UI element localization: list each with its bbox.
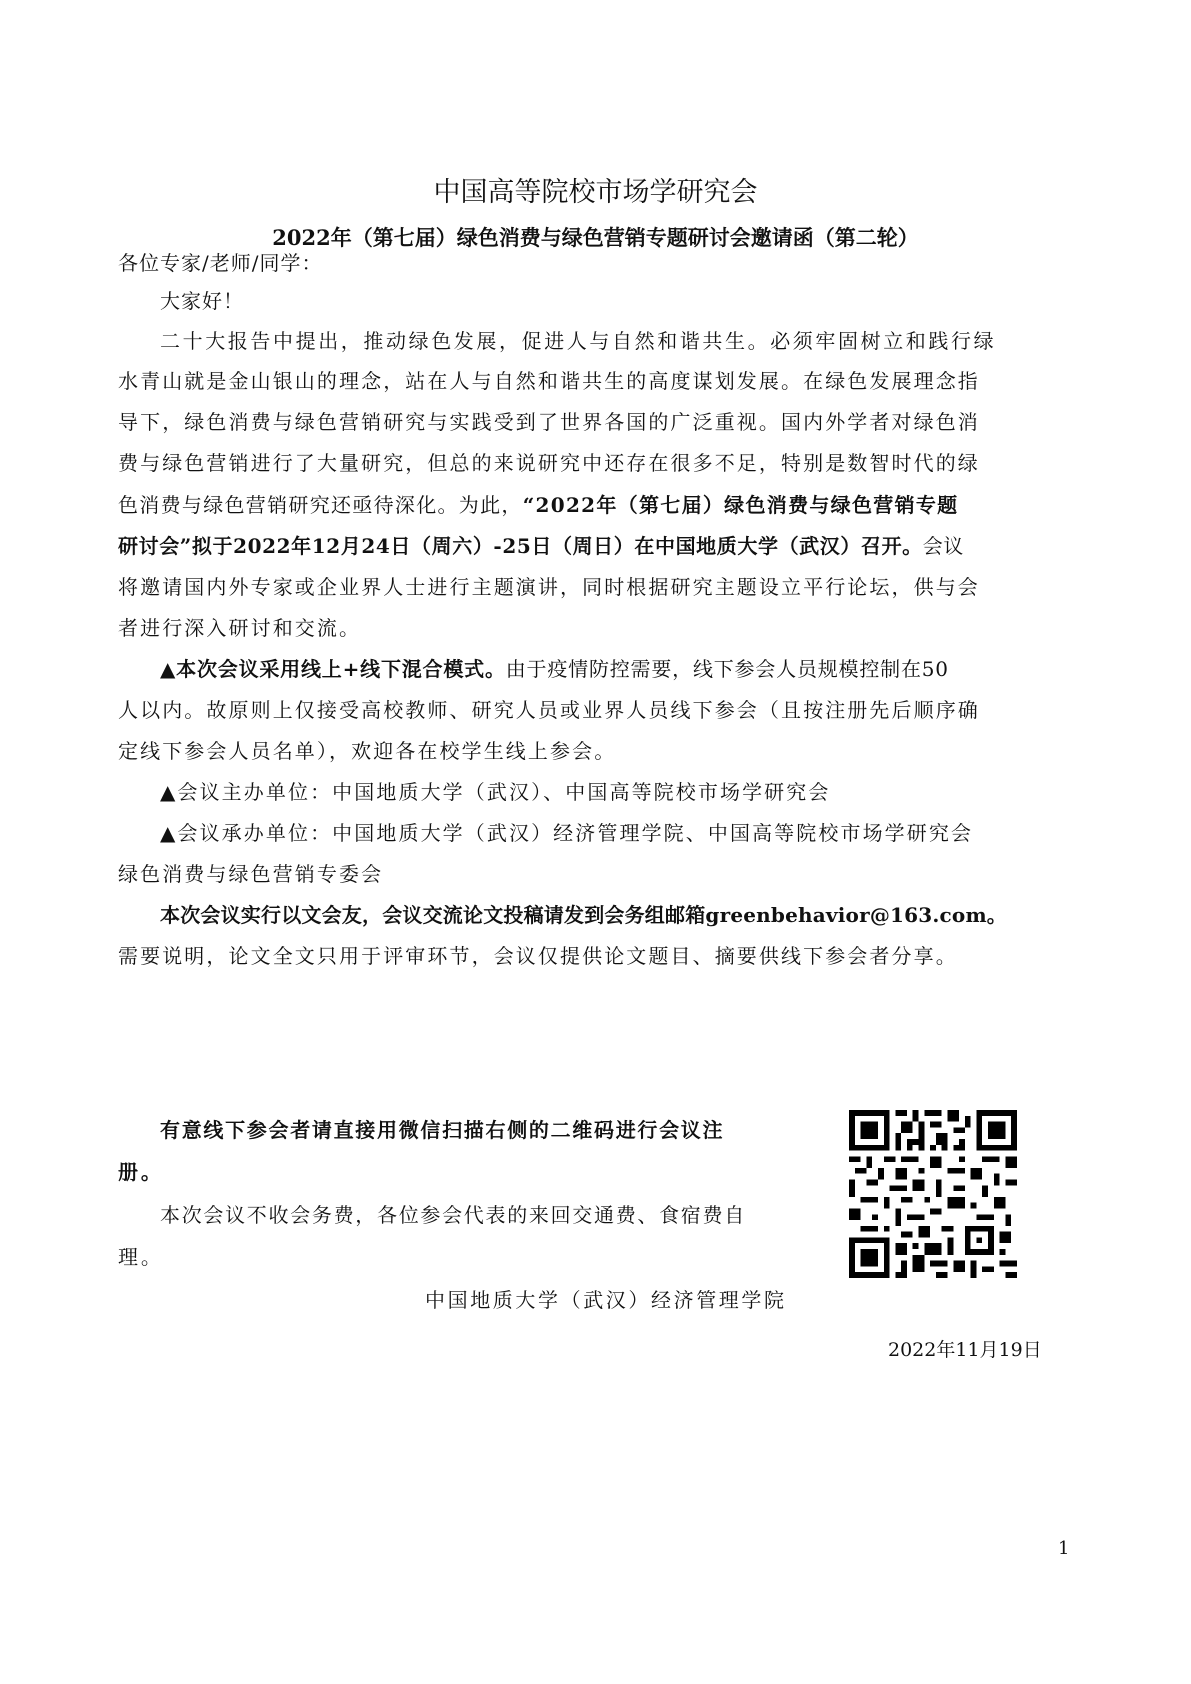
conference-date-location: 研讨会”拟于2022年12月24日（周六）-25日（周日）在中国地质大学（武汉）… [118, 534, 923, 558]
para2-line2: 人以内。故原则上仅接受高校教师、研究人员或业界人员线下参会（且按注册先后顺序确 [118, 695, 980, 725]
para1-line5: 色消费与绿色营销研究还亟待深化。为此，“2022年（第七届）绿色消费与绿色营销专… [118, 490, 958, 520]
org-title: 中国高等院校市场学研究会 [0, 170, 1191, 209]
submission-line2: 需要说明，论文全文只用于评审环节，会议仅提供论文题目、摘要供线下参会者分享。 [118, 941, 958, 971]
fees-line1: 本次会议不收会务费，各位参会代表的来回交通费、食宿费自 [160, 1200, 746, 1230]
submission-line1: 本次会议实行以文会友，会议交流论文投稿请发到会务组邮箱greenbehavior… [160, 900, 1007, 930]
salutation: 大家好！ [160, 286, 244, 316]
date: 2022年11月19日 [888, 1335, 1042, 1362]
para2-line3: 定线下参会人员名单），欢迎各在校学生线上参会。 [118, 736, 616, 766]
para1-line8: 者进行深入研讨和交流。 [118, 613, 361, 643]
co-organizer-line2: 绿色消费与绿色营销专委会 [118, 859, 383, 889]
hybrid-mode-note: ▲本次会议采用线上+线下混合模式。 [160, 657, 506, 681]
co-organizer-line1: ▲会议承办单位：中国地质大学（武汉）经济管理学院、中国高等院校市场学研究会 [160, 818, 973, 848]
document-page: 中国高等院校市场学研究会 2022年（第七届）绿色消费与绿色营销专题研讨会邀请函… [0, 0, 1191, 1684]
qr-code-icon[interactable] [849, 1110, 1017, 1278]
para1-line3: 导下，绿色消费与绿色营销研究与实践受到了世界各国的广泛重视。国内外学者对绿色消 [118, 407, 980, 437]
para1-line2: 水青山就是金山银山的理念，站在人与自然和谐共生的高度谋划发展。在绿色发展理念指 [118, 366, 980, 396]
signature: 中国地质大学（武汉）经济管理学院 [425, 1285, 787, 1315]
page-number: 1 [1058, 1538, 1069, 1559]
para1-line7: 将邀请国内外专家或企业界人士进行主题演讲，同时根据研究主题设立平行论坛，供与会 [118, 572, 980, 602]
organizer: ▲会议主办单位：中国地质大学（武汉）、中国高等院校市场学研究会 [160, 777, 830, 807]
greeting: 各位专家/老师/同学： [118, 248, 322, 278]
para2-line1: ▲本次会议采用线上+线下混合模式。由于疫情防控需要，线下参会人员规模控制在50 [160, 654, 949, 684]
registration-line1: 有意线下参会者请直接用微信扫描右侧的二维码进行会议注 [160, 1115, 724, 1145]
para1-line6: 研讨会”拟于2022年12月24日（周六）-25日（周日）在中国地质大学（武汉）… [118, 531, 964, 561]
para1-line1: 二十大报告中提出，推动绿色发展，促进人与自然和谐共生。必须牢固树立和践行绿 [160, 326, 996, 356]
registration-line2: 册。 [118, 1157, 164, 1187]
para1-line4: 费与绿色营销进行了大量研究，但总的来说研究中还存在很多不足，特别是数智时代的绿 [118, 448, 980, 478]
fees-line2: 理。 [118, 1242, 164, 1272]
conference-name: “2022年（第七届）绿色消费与绿色营销专题 [523, 493, 959, 517]
